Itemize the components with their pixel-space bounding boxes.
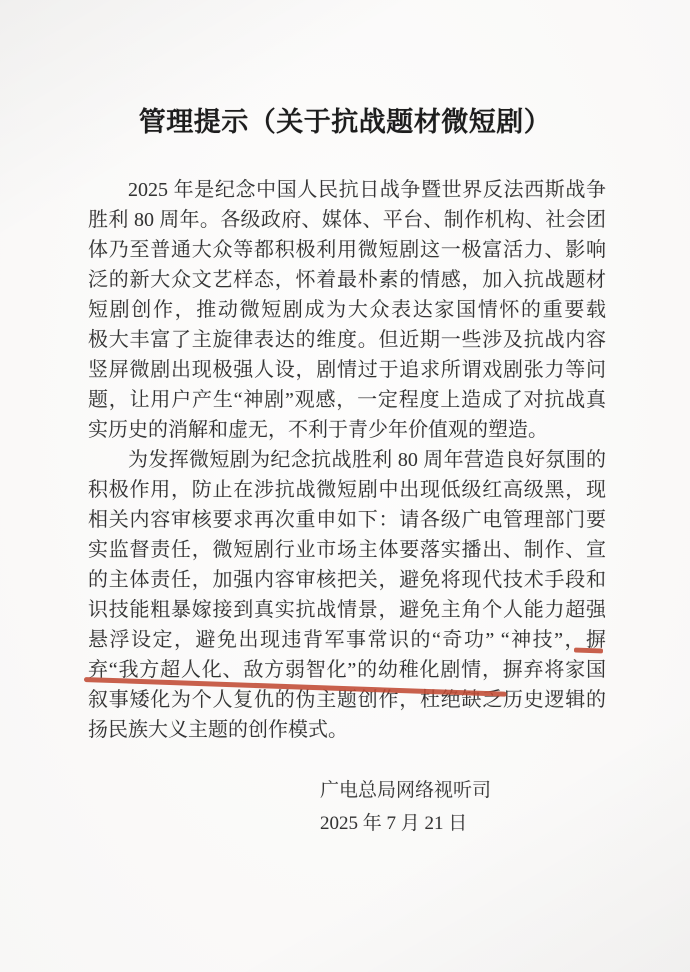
body-line: 相关内容审核要求再次重申如下：请各级广电管理部门要落 (88, 505, 606, 535)
body-line: 扬民族大义主题的创作模式。 (88, 715, 606, 745)
body-line: 悬浮设定，避免出现违背军事常识的“奇功” “神技”，摒 (88, 625, 606, 655)
body-line: 胜利 80 周年。各级政府、媒体、平台、制作机构、社会团 (88, 205, 606, 235)
body-line: 的主体责任，加强内容审核把关，避免将现代技术手段和知 (88, 565, 606, 595)
body-line: 短剧创作，推动微短剧成为大众表达家国情怀的重要载体， (88, 295, 606, 325)
signature-org: 广电总局网络视听司 (320, 774, 491, 807)
body-line: 实历史的消解和虚无，不利于青少年价值观的塑造。 (88, 415, 606, 445)
signature-block: 广电总局网络视听司 2025 年 7 月 21 日 (320, 774, 491, 840)
body-line: 实监督责任，微短剧行业市场主体要落实播出、制作、宣发 (88, 535, 606, 565)
body-line: 竖屏微剧出现极强人设，剧情过于追求所谓戏剧张力等问 (88, 355, 606, 385)
body-line: 题，让用户产生“神剧”观感，一定程度上造成了对抗战真 (88, 385, 606, 415)
body-line: 积极作用，防止在涉抗战微短剧中出现低级红高级黑，现就 (88, 475, 606, 505)
document-body: 2025 年是纪念中国人民抗日战争暨世界反法西斯战争 胜利 80 周年。各级政府… (88, 175, 606, 745)
red-marker-dash (574, 647, 603, 653)
document-title: 管理提示（关于抗战题材微短剧） (0, 100, 690, 139)
body-line-text: 悬浮设定，避免出现违背军事常识的“奇功” “神技”，摒 (88, 629, 606, 651)
body-line: 体乃至普通大众等都积极利用微短剧这一极富活力、影响广 (88, 235, 606, 265)
body-line: 2025 年是纪念中国人民抗日战争暨世界反法西斯战争 (88, 175, 606, 205)
body-line: 识技能粗暴嫁接到真实抗战情景，避免主角个人能力超强的 (88, 595, 606, 625)
signature-date: 2025 年 7 月 21 日 (320, 807, 491, 840)
body-line: 为发挥微短剧为纪念抗战胜利 80 周年营造良好氛围的 (88, 445, 606, 475)
body-line: 极大丰富了主旋律表达的维度。但近期一些涉及抗战内容的 (88, 325, 606, 355)
document-page: 管理提示（关于抗战题材微短剧） 2025 年是纪念中国人民抗日战争暨世界反法西斯… (0, 0, 690, 972)
body-line: 泛的新大众文艺样态，怀着最朴素的情感，加入抗战题材微 (88, 265, 606, 295)
